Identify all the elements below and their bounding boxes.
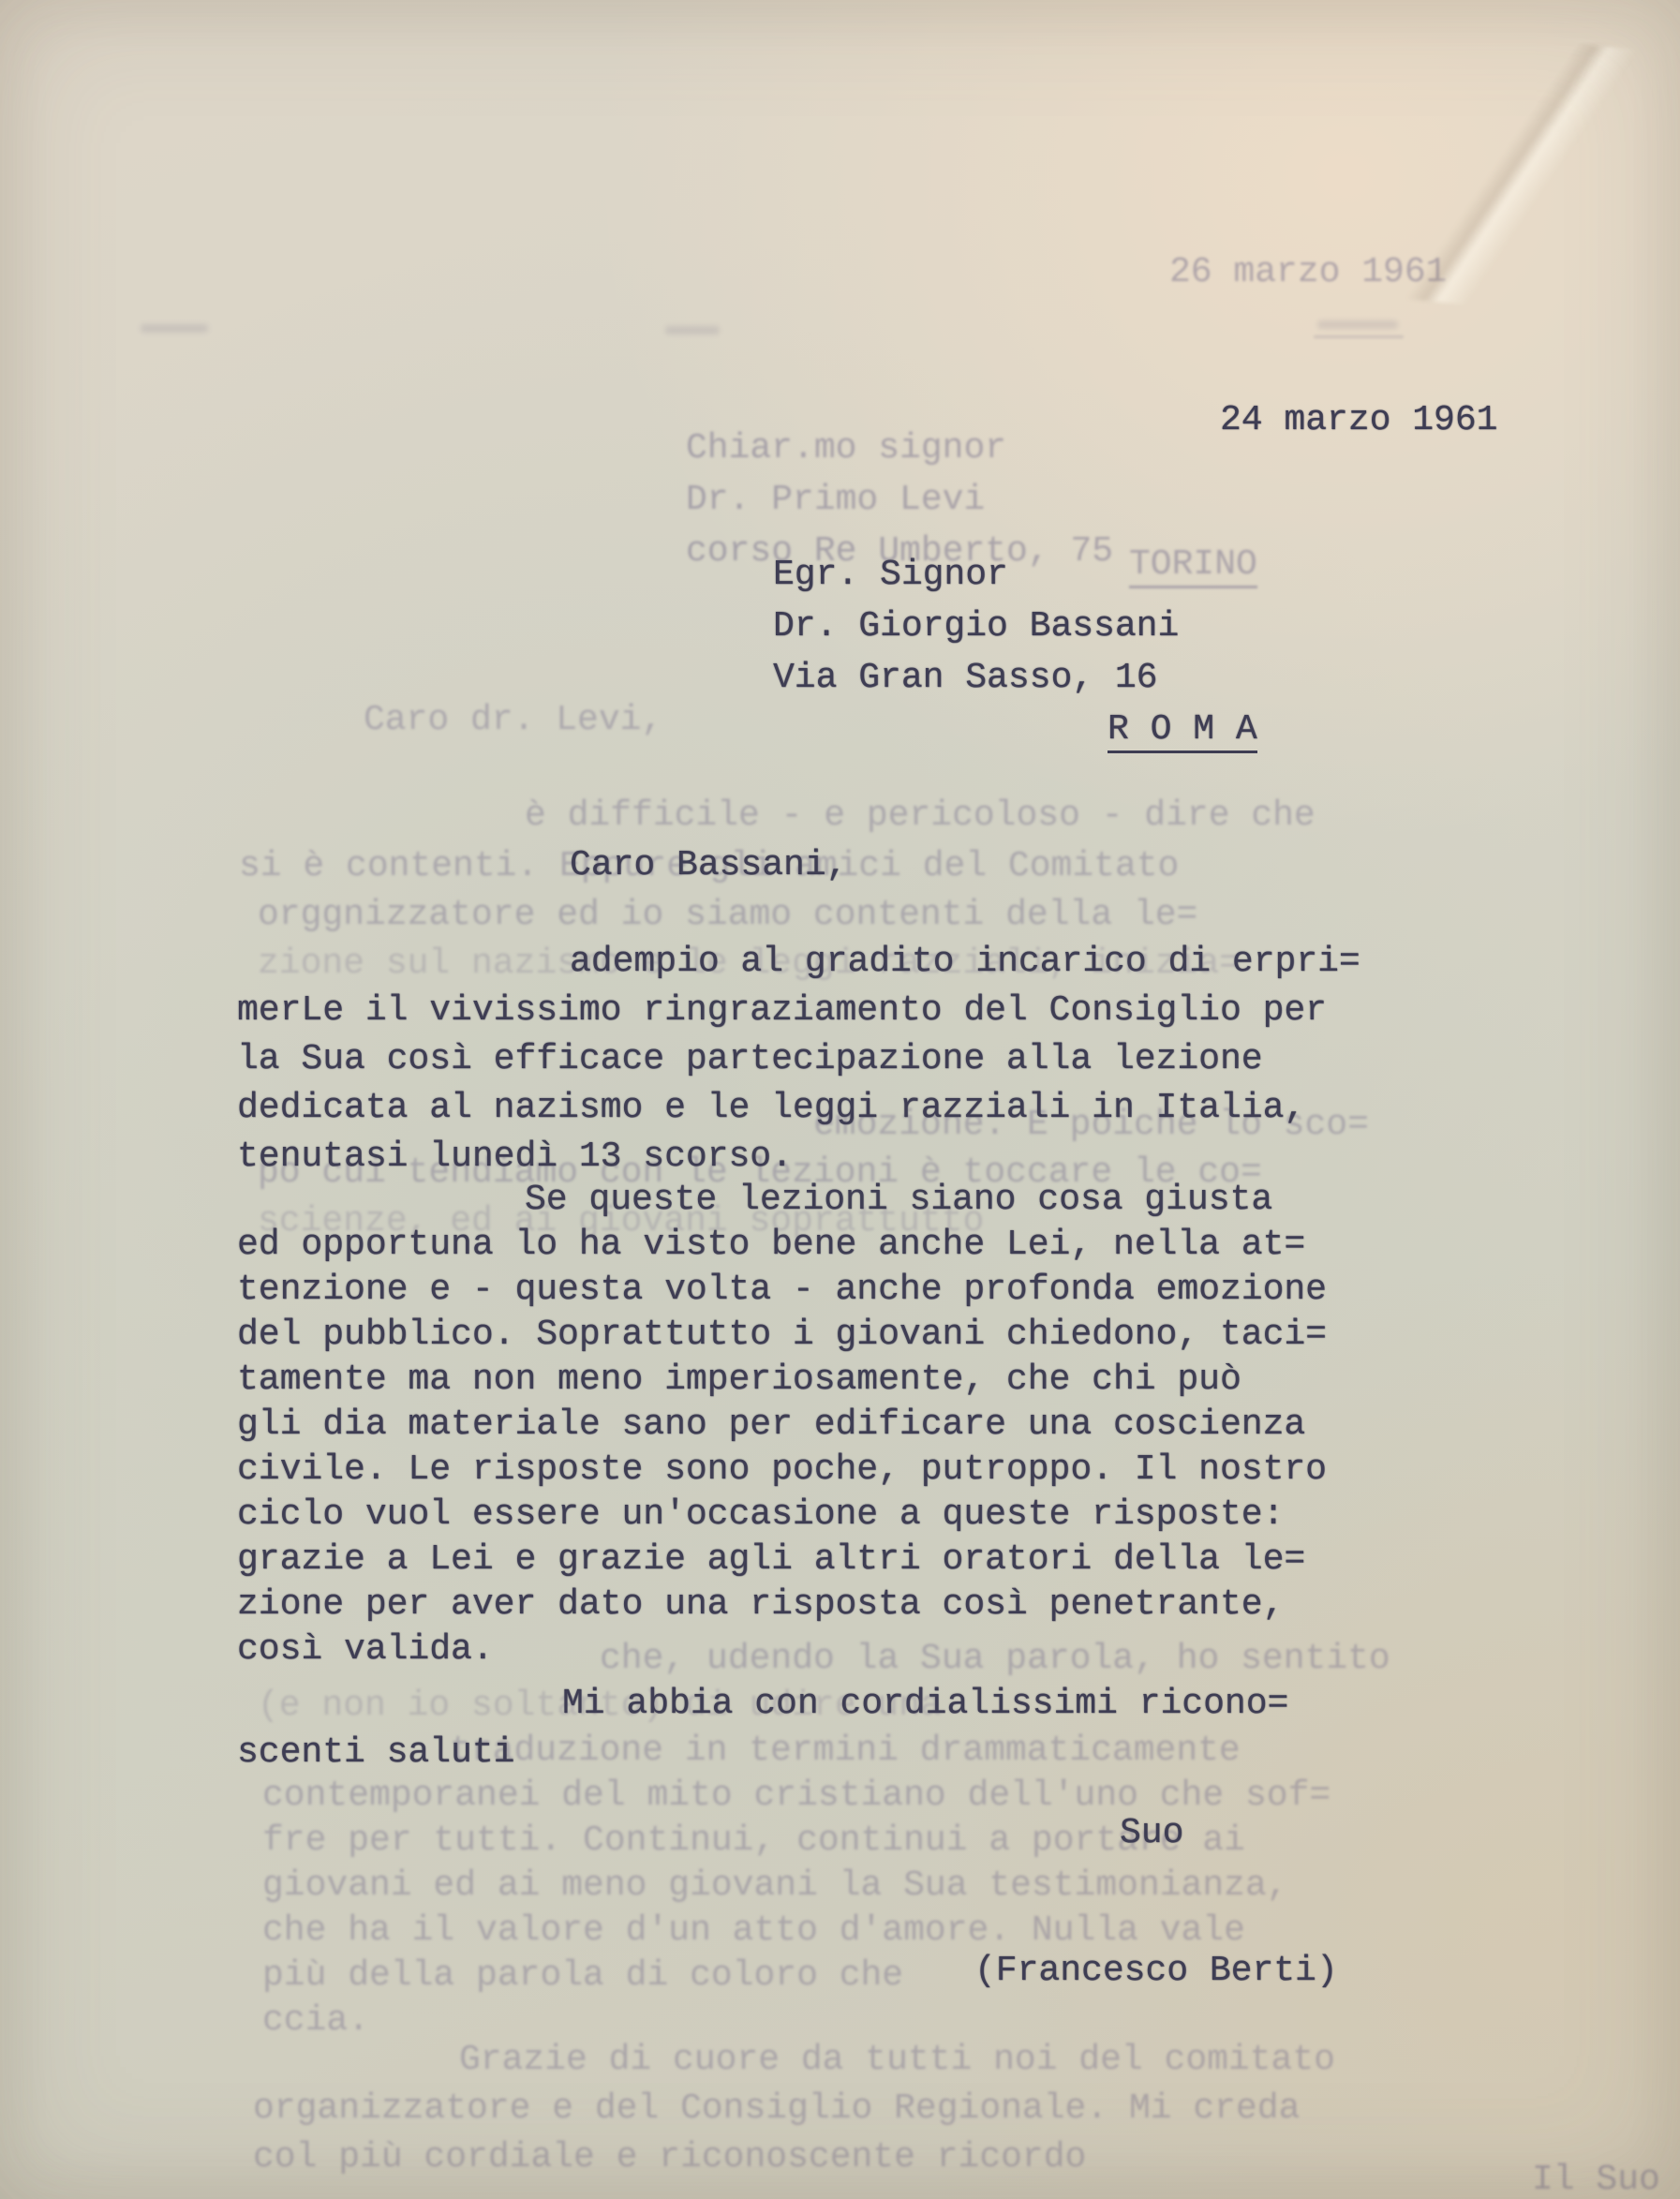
body-line: dedicata al nazismo e le leggi razziali … [237, 1091, 1305, 1126]
body-line: ciclo vuol essere un'occasione a queste … [237, 1497, 1284, 1533]
body-line: del pubblico. Soprattutto i giovani chie… [237, 1317, 1327, 1353]
ghost-closing-line: organizzatore e del Consiglio Regionale.… [253, 2091, 1300, 2127]
closing-line: Mi abbia con cordialissimi ricono= [562, 1686, 1288, 1722]
ghost-fragment: che, udendo la Sua parola, ho sentito [600, 1642, 1390, 1677]
body-line: tamente ma non meno imperiosamente, che … [237, 1362, 1241, 1398]
closing-line: scenti saluti [237, 1735, 514, 1771]
ghost-recipient-line: Chiar.mo signor [686, 431, 1006, 467]
ink-smudge [1317, 320, 1398, 329]
ghost-date: 26 marzo 1961 [1169, 255, 1447, 290]
body-line: Se queste lezioni siano cosa giusta [525, 1182, 1272, 1218]
signoff: Suo [1120, 1816, 1183, 1851]
ghost-closing-line: col più cordiale e riconoscente ricordo [253, 2140, 1086, 2176]
salutation: Caro Bassani, [570, 848, 847, 884]
ghost-fragment: giovani ed ai meno giovani la Sua testim… [262, 1868, 1288, 1904]
recipient-line: Egr. Signor [773, 557, 1008, 593]
ghost-recipient-line: Dr. Primo Levi [686, 483, 985, 518]
body-line: così valida. [237, 1632, 494, 1668]
ghost-fragment: contemporanei del mito cristiano dell'un… [262, 1778, 1331, 1814]
ghost-fragment: traduzione in termini drammaticamente [450, 1733, 1241, 1769]
body-line: adempio al gradito incarico di erpri= [570, 944, 1360, 980]
scanned-letter-page: 26 marzo 1961 Chiar.mo signor Dr. Primo … [0, 0, 1680, 2199]
ghost-torino: TORINO [1129, 547, 1257, 588]
body-line: zione per aver dato una risposta così pe… [237, 1587, 1284, 1623]
ink-smudge [665, 326, 720, 334]
recipient-line: Dr. Giorgio Bassani [773, 609, 1179, 645]
signature: (Francesco Berti) [974, 1954, 1338, 1989]
recipient-line: Via Gran Sasso, 16 [773, 661, 1157, 696]
ghost-fragment: orggnizzatore ed io siamo contenti della… [258, 898, 1197, 933]
recipient-city-roma: R O M A [1108, 712, 1257, 753]
body-line: la Sua così efficace partecipazione alla… [237, 1042, 1263, 1077]
ghost-salutation: Caro dr. Levi, [364, 703, 662, 738]
ghost-fragment: fre per tutti. Continui, continui a port… [262, 1823, 1245, 1859]
ghost-fragment: è difficile - e pericoloso - dire che [525, 798, 1316, 834]
body-line: civile. Le risposte sono poche, putroppo… [237, 1452, 1327, 1488]
ghost-signoff: Il Suo [1532, 2162, 1660, 2198]
letter-date: 24 marzo 1961 [1220, 403, 1497, 438]
ghost-fragment: che ha il valore d'un atto d'amore. Null… [262, 1913, 1245, 1949]
body-line: tenutasi lunedì 13 scorso. [237, 1139, 793, 1175]
body-line: tenzione e - questa volta - anche profon… [237, 1272, 1327, 1308]
ink-smudge [141, 324, 208, 333]
body-line: merLe il vivissimo ringraziamento del Co… [237, 993, 1327, 1029]
body-line: ed opportuna lo ha visto bene anche Lei,… [237, 1227, 1305, 1263]
ink-smudge [1314, 335, 1404, 338]
body-line: gli dia materiale sano per edificare una… [237, 1407, 1305, 1443]
ghost-closing-line: Grazie di cuore da tutti noi del comitat… [459, 2043, 1335, 2078]
body-line: grazie a Lei e grazie agli altri oratori… [237, 1542, 1305, 1578]
ghost-fragment: ccia. [262, 2003, 369, 2039]
ghost-fragment: più della parola di coloro che [262, 1958, 903, 1994]
